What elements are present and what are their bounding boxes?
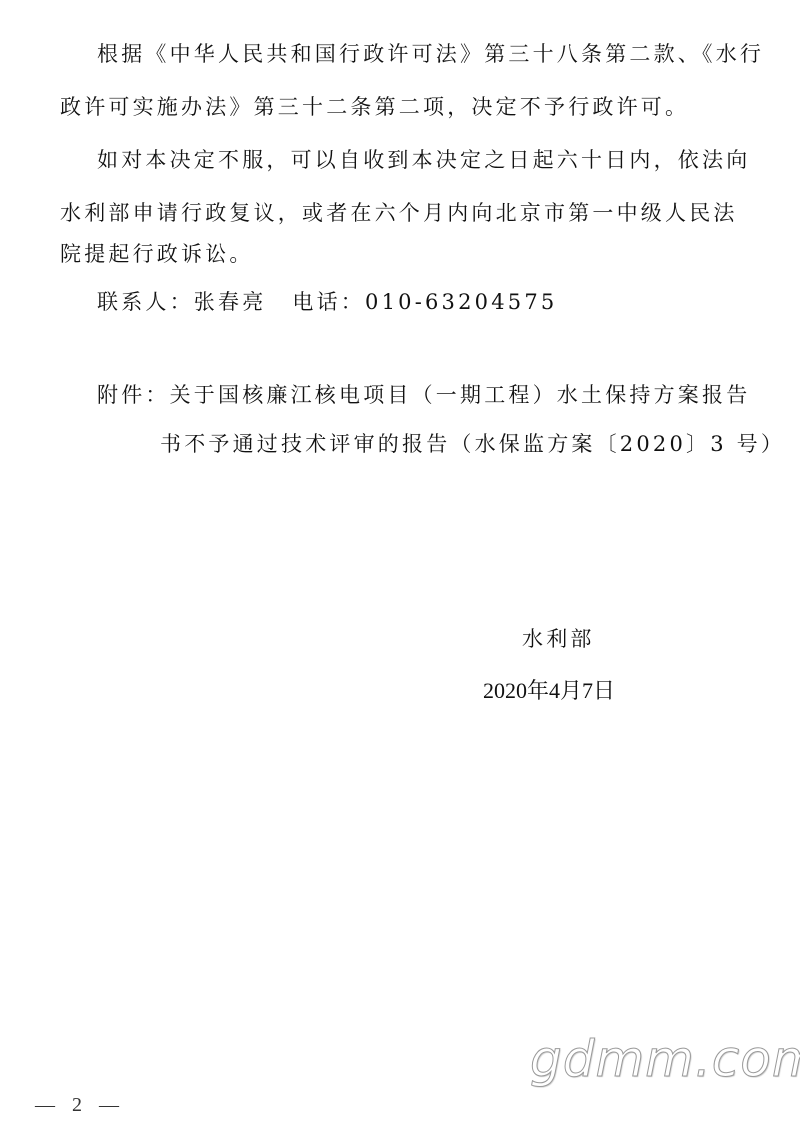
paragraph-2-line-1: 如对本决定不服，可以自收到本决定之日起六十日内，依法向 [97,146,750,174]
attachment-line-2: 书不予通过技术评审的报告（水保监方案〔2020〕3 号） [160,430,785,458]
contact-line: 联系人：张春亮电话：010-63204575 [97,288,557,316]
paragraph-2-line-3: 院提起行政诉讼。 [60,240,254,268]
issue-date: 2020年4月7日 [483,677,615,705]
attachment-line-1: 附件：关于国核廉江核电项目（一期工程）水土保持方案报告 [97,381,750,409]
page-number: — 2 — [35,1094,125,1117]
paragraph-1-line-1: 根据《中华人民共和国行政许可法》第三十八条第二款、《水行 [97,40,764,68]
watermark: gdmm.com [530,1030,800,1088]
contact-person: 联系人：张春亮 [97,290,266,314]
issuer-name: 水利部 [522,625,595,653]
contact-phone: 电话：010-63204575 [292,290,557,314]
paragraph-1-line-2: 政许可实施办法》第三十二条第二项，决定不予行政许可。 [60,93,689,121]
paragraph-2-line-2: 水利部申请行政复议，或者在六个月内向北京市第一中级人民法 [60,199,738,227]
